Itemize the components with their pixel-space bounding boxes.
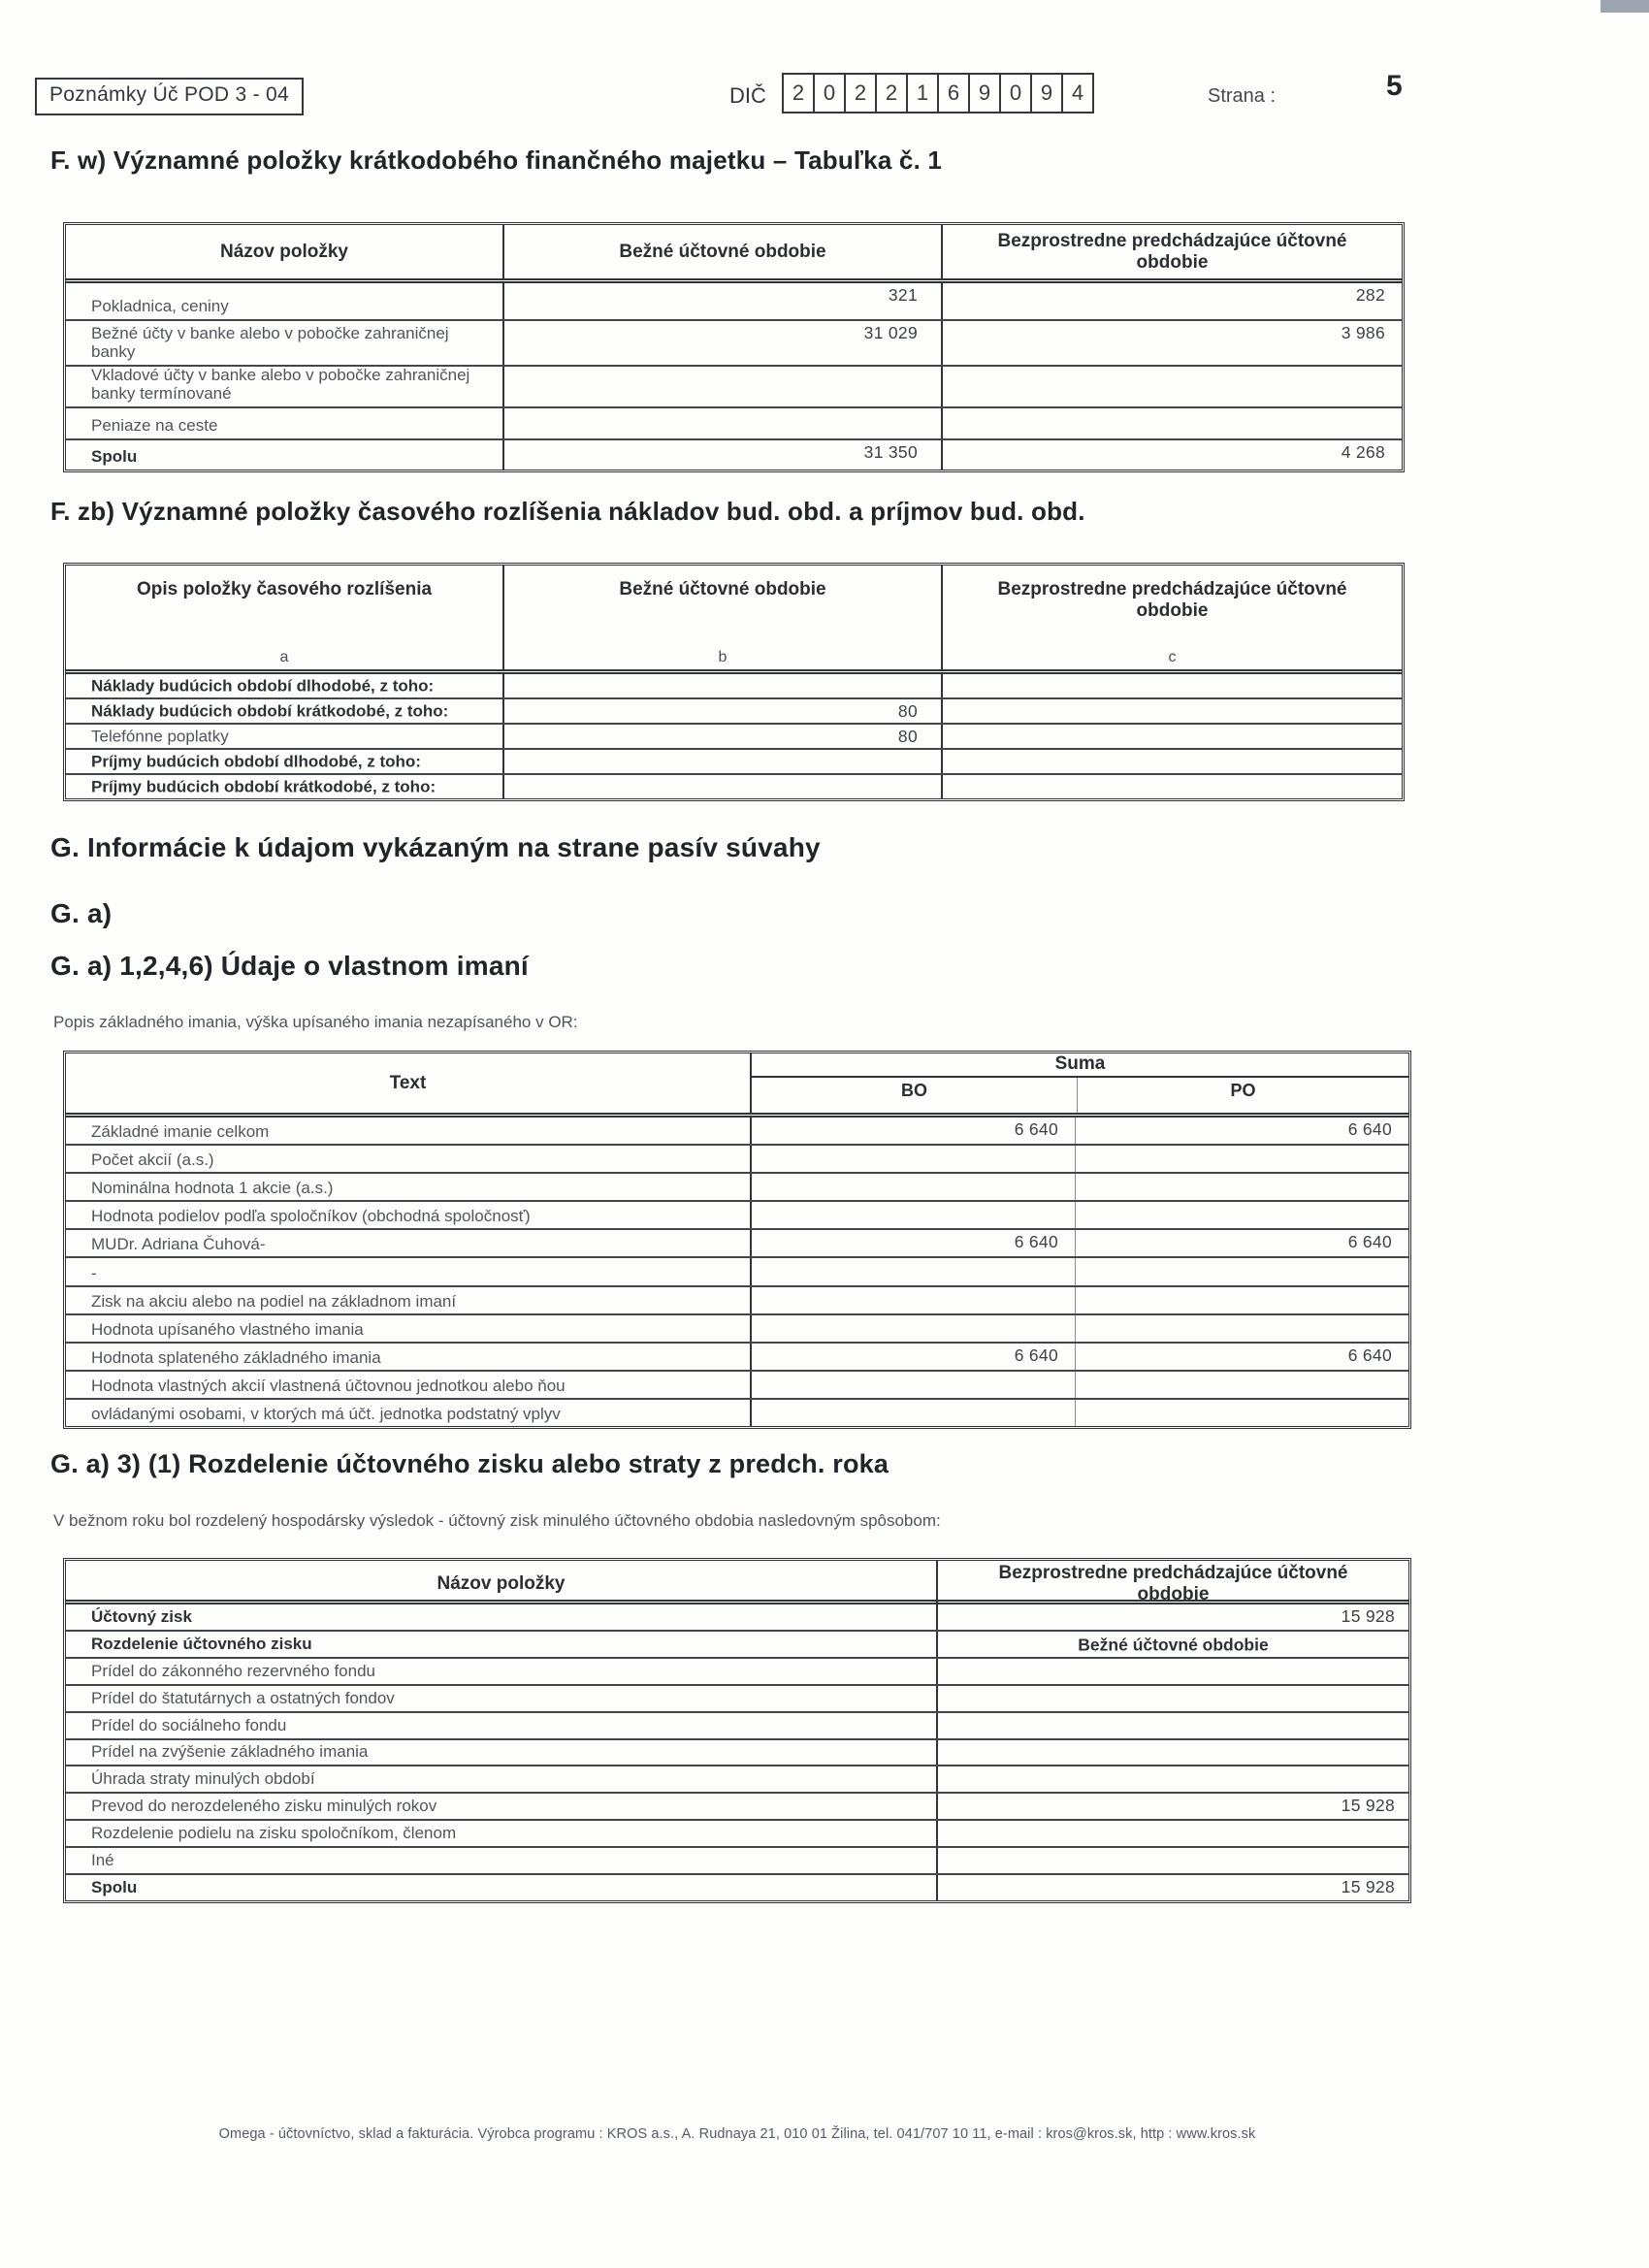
- row-label-cell: Úhrada straty minulých období: [66, 1766, 936, 1792]
- row-label-cell: Vkladové účty v banke alebo v pobočke za…: [66, 367, 502, 406]
- row-label-cell: Pokladnica, ceniny: [66, 283, 502, 319]
- previous-period-cell: [941, 408, 1402, 438]
- dic-digit-box: 0: [999, 73, 1032, 113]
- row-label-cell: Rozdelenie účtovného zisku: [66, 1632, 936, 1657]
- row-label-cell: Prídel do štatutárnych a ostatných fondo…: [66, 1686, 936, 1711]
- table-row: Prevod do nerozdeleného zisku minulých r…: [66, 1792, 1408, 1819]
- previous-period-cell: [941, 699, 1402, 723]
- column-letter: a: [280, 649, 289, 666]
- column-header: Bezprostredne predchádzajúce účtovné obd…: [936, 1561, 1408, 1607]
- previous-period-cell: [941, 674, 1402, 697]
- row-label: Príjmy budúcich období dlhodobé, z toho:: [91, 753, 421, 771]
- row-label: Náklady budúcich období krátkodobé, z to…: [91, 702, 448, 721]
- document-type-box: Poznámky Úč POD 3 - 04: [35, 78, 304, 115]
- period-value: 15 928: [1342, 1877, 1395, 1897]
- row-label-cell: -: [66, 1258, 750, 1284]
- value-cell: 15 928: [936, 1604, 1408, 1630]
- dic-digit-box: 2: [844, 73, 877, 113]
- table-row: MUDr. Adriana Čuhová-6 6406 640: [66, 1228, 1408, 1256]
- row-label: Základné imanie celkom: [91, 1122, 269, 1141]
- current-period-value: 321: [889, 285, 918, 306]
- column-header: Bežné účtovné obdobie b: [502, 566, 941, 669]
- table-row: Prídel na zvýšenie základného imania: [66, 1738, 1408, 1766]
- column-header: Názov položky: [66, 225, 502, 278]
- dic-digit-box: 9: [968, 73, 1001, 113]
- table-body: Základné imanie celkom6 6406 640Počet ak…: [66, 1118, 1408, 1426]
- row-label: -: [91, 1264, 97, 1282]
- table-header-row: Názov položky Bezprostredne predchádzajú…: [66, 1561, 1408, 1604]
- previous-period-cell: [941, 750, 1402, 773]
- table-row: Hodnota vlastných akcií vlastnená účtovn…: [66, 1370, 1408, 1398]
- table-header-row: Text Suma BO PO: [66, 1053, 1408, 1118]
- column-letter: c: [1169, 649, 1177, 666]
- bo-po-header-row: BO PO: [752, 1078, 1408, 1113]
- section-fzb-title: F. zb) Významné položky časového rozlíše…: [50, 497, 1085, 527]
- row-label: MUDr. Adriana Čuhová-: [91, 1235, 266, 1253]
- bo-cell: [750, 1174, 1075, 1200]
- bo-cell: [750, 1146, 1075, 1172]
- row-label-cell: Príjmy budúcich období dlhodobé, z toho:: [66, 750, 502, 773]
- po-cell: [1075, 1400, 1408, 1426]
- po-cell: 6 640: [1075, 1230, 1408, 1256]
- row-label: Rozdelenie podielu na zisku spoločníkom,…: [91, 1824, 456, 1842]
- table-row: Bežné účty v banke alebo v pobočke zahra…: [66, 319, 1402, 365]
- current-period-cell: 31 350: [502, 440, 941, 470]
- value-cell: [936, 1686, 1408, 1711]
- row-label-cell: Nominálna hodnota 1 akcie (a.s.): [66, 1174, 750, 1200]
- table-row: Hodnota podielov podľa spoločníkov (obch…: [66, 1200, 1408, 1228]
- current-period-cell: 31 029: [502, 321, 941, 365]
- column-header: Bezprostredne predchádzajúce účtovné obd…: [941, 566, 1402, 669]
- row-label: Telefónne poplatky: [91, 728, 229, 746]
- previous-period-cell: [941, 775, 1402, 798]
- value-cell: [936, 1740, 1408, 1766]
- table-body: Náklady budúcich období dlhodobé, z toho…: [66, 674, 1402, 798]
- value-cell: [936, 1848, 1408, 1873]
- section-ga1246-title: G. a) 1,2,4,6) Údaje o vlastnom imaní: [50, 951, 529, 982]
- table-row: Spolu15 928: [66, 1873, 1408, 1900]
- page-label: Strana :: [1208, 85, 1276, 108]
- row-label-cell: Počet akcií (a.s.): [66, 1146, 750, 1172]
- row-label-cell: Prídel do sociálneho fondu: [66, 1713, 936, 1738]
- current-period-cell: [502, 367, 941, 406]
- row-label: Počet akcií (a.s.): [91, 1150, 214, 1169]
- table-row: Hodnota splateného základného imania6 64…: [66, 1342, 1408, 1370]
- suma-header-group: Suma BO PO: [750, 1053, 1408, 1113]
- current-period-cell: 321: [502, 283, 941, 319]
- page-number: 5: [1386, 70, 1403, 103]
- row-label: Hodnota podielov podľa spoločníkov (obch…: [91, 1207, 531, 1225]
- row-label-cell: Účtovný zisk: [66, 1604, 936, 1630]
- current-period-cell: [502, 408, 941, 438]
- table-header-row: Názov položky Bežné účtovné obdobie Bezp…: [66, 225, 1402, 283]
- scan-artifact: [1600, 0, 1649, 13]
- table-row: Úhrada straty minulých období: [66, 1765, 1408, 1792]
- po-cell: [1075, 1258, 1408, 1284]
- table-row: ovládanými osobami, v ktorých má účt. je…: [66, 1398, 1408, 1426]
- table-row: -: [66, 1256, 1408, 1284]
- row-label-cell: Zisk na akciu alebo na podiel na základn…: [66, 1287, 750, 1313]
- previous-period-value: 3 986: [1342, 323, 1385, 343]
- row-label: Prídel do sociálneho fondu: [91, 1716, 286, 1734]
- po-cell: [1075, 1287, 1408, 1313]
- table-row: Rozdelenie účtovného ziskuBežné účtovné …: [66, 1630, 1408, 1657]
- po-value: 6 640: [1348, 1232, 1392, 1252]
- current-period-cell: [502, 674, 941, 697]
- table-row: Telefónne poplatky80: [66, 723, 1402, 748]
- row-label-cell: Základné imanie celkom: [66, 1118, 750, 1144]
- value-cell: [936, 1766, 1408, 1792]
- column-header: Názov položky: [66, 1561, 936, 1607]
- row-label-cell: Hodnota upísaného vlastného imania: [66, 1315, 750, 1342]
- table-row: Iné: [66, 1846, 1408, 1873]
- row-label: Zisk na akciu alebo na podiel na základn…: [91, 1292, 456, 1311]
- table-row: Príjmy budúcich období dlhodobé, z toho:: [66, 748, 1402, 773]
- dic-label: DIČ: [729, 83, 766, 109]
- profit-distribution-note: V bežnom roku bol rozdelený hospodársky …: [53, 1511, 941, 1531]
- table-row: Hodnota upísaného vlastného imania: [66, 1313, 1408, 1342]
- bo-value: 6 640: [1015, 1345, 1058, 1366]
- bo-value: 6 640: [1015, 1232, 1058, 1252]
- table-row: Prídel do sociálneho fondu: [66, 1711, 1408, 1738]
- table-row: Prídel do zákonného rezervného fondu: [66, 1657, 1408, 1684]
- po-cell: [1075, 1372, 1408, 1398]
- row-label: Hodnota splateného základného imania: [91, 1348, 381, 1367]
- bo-cell: [750, 1400, 1075, 1426]
- table-row: Počet akcií (a.s.): [66, 1144, 1408, 1172]
- bo-cell: 6 640: [750, 1230, 1075, 1256]
- row-label: Pokladnica, ceniny: [91, 297, 229, 315]
- row-label: Účtovný zisk: [91, 1607, 192, 1626]
- bo-cell: 6 640: [750, 1118, 1075, 1144]
- column-header: PO: [1077, 1078, 1408, 1113]
- table-row: Príjmy budúcich období krátkodobé, z toh…: [66, 773, 1402, 798]
- period-value: 15 928: [1342, 1606, 1395, 1627]
- previous-period-cell: 3 986: [941, 321, 1402, 365]
- table-row: Nominálna hodnota 1 akcie (a.s.): [66, 1172, 1408, 1200]
- table-row: Peniaze na ceste: [66, 406, 1402, 438]
- table-body: Pokladnica, ceniny321282Bežné účty v ban…: [66, 283, 1402, 470]
- po-cell: [1075, 1315, 1408, 1342]
- bo-value: 6 640: [1015, 1119, 1058, 1140]
- row-label-cell: Hodnota podielov podľa spoločníkov (obch…: [66, 1202, 750, 1228]
- table-row: Prídel do štatutárnych a ostatných fondo…: [66, 1684, 1408, 1711]
- previous-period-cell: [941, 725, 1402, 748]
- value-cell: [936, 1821, 1408, 1846]
- dic-digit-box: 6: [937, 73, 970, 113]
- row-label-cell: Spolu: [66, 1875, 936, 1900]
- equity-note: Popis základného imania, výška upísaného…: [53, 1013, 578, 1032]
- value-cell: [936, 1713, 1408, 1738]
- table-profit-distribution: Názov položky Bezprostredne predchádzajú…: [63, 1558, 1411, 1903]
- section-ga31-title: G. a) 3) (1) Rozdelenie účtovného zisku …: [50, 1449, 889, 1479]
- row-label: Rozdelenie účtovného zisku: [91, 1635, 312, 1653]
- table-row: Náklady budúcich období dlhodobé, z toho…: [66, 674, 1402, 697]
- bo-cell: [750, 1287, 1075, 1313]
- section-g-title: G. Informácie k údajom vykázaným na stra…: [50, 832, 821, 863]
- table-short-term-financial-assets: Názov položky Bežné účtovné obdobie Bezp…: [63, 222, 1405, 472]
- row-label-cell: Rozdelenie podielu na zisku spoločníkom,…: [66, 1821, 936, 1846]
- table-row: Účtovný zisk15 928: [66, 1604, 1408, 1630]
- current-period-value: 31 350: [864, 442, 918, 463]
- row-label-cell: Telefónne poplatky: [66, 725, 502, 748]
- table-header-row: Opis položky časového rozlíšenia a Bežné…: [66, 566, 1402, 674]
- current-period-cell: [502, 775, 941, 798]
- bo-cell: [750, 1315, 1075, 1342]
- row-label: Hodnota vlastných akcií vlastnená účtovn…: [91, 1377, 566, 1395]
- column-header: BO: [752, 1078, 1077, 1113]
- current-period-cell: 80: [502, 725, 941, 748]
- value-cell: [936, 1659, 1408, 1684]
- row-label-cell: Hodnota splateného základného imania: [66, 1344, 750, 1370]
- dic-digit-box: 9: [1030, 73, 1063, 113]
- dic-digit-box: 1: [906, 73, 939, 113]
- table-row: Vkladové účty v banke alebo v pobočke za…: [66, 365, 1402, 406]
- row-label-cell: Prídel do zákonného rezervného fondu: [66, 1659, 936, 1684]
- previous-period-cell: [941, 367, 1402, 406]
- row-label: Prídel do zákonného rezervného fondu: [91, 1662, 375, 1680]
- po-cell: 6 640: [1075, 1118, 1408, 1144]
- row-label: Spolu: [91, 447, 137, 466]
- bo-cell: [750, 1372, 1075, 1398]
- dic-digit-box: 4: [1061, 73, 1094, 113]
- column-header-label: Bezprostredne predchádzajúce účtovné obd…: [970, 579, 1374, 622]
- value-cell: 15 928: [936, 1875, 1408, 1900]
- value-cell: Bežné účtovné obdobie: [936, 1632, 1408, 1657]
- row-label: Prídel na zvýšenie základného imania: [91, 1742, 368, 1761]
- table-equity: Text Suma BO PO Základné imanie celkom6 …: [63, 1051, 1411, 1429]
- section-fw-title: F. w) Významné položky krátkodobého fina…: [50, 146, 942, 176]
- period-value: 15 928: [1342, 1796, 1395, 1816]
- current-period-cell: [502, 750, 941, 773]
- row-label: Spolu: [91, 1878, 137, 1896]
- bo-cell: [750, 1202, 1075, 1228]
- current-period-value: 31 029: [864, 323, 918, 343]
- table-row: Pokladnica, ceniny321282: [66, 283, 1402, 319]
- table-row: Rozdelenie podielu na zisku spoločníkom,…: [66, 1819, 1408, 1846]
- column-header: Opis položky časového rozlíšenia a: [66, 566, 502, 669]
- value-cell: 15 928: [936, 1794, 1408, 1819]
- row-label: Hodnota upísaného vlastného imania: [91, 1320, 364, 1339]
- table-row: Náklady budúcich období krátkodobé, z to…: [66, 697, 1402, 723]
- row-label: Prevod do nerozdeleného zisku minulých r…: [91, 1797, 436, 1815]
- table-row: Spolu31 3504 268: [66, 438, 1402, 470]
- row-label: Úhrada straty minulých období: [91, 1769, 315, 1788]
- row-label-cell: Spolu: [66, 440, 502, 470]
- dic-digit-box: 0: [813, 73, 846, 113]
- column-header: Text: [66, 1053, 750, 1113]
- section-ga-label: G. a): [50, 898, 112, 929]
- row-label: Peniaze na ceste: [91, 416, 217, 435]
- row-label-cell: MUDr. Adriana Čuhová-: [66, 1230, 750, 1256]
- current-period-subheader: Bežné účtovné obdobie: [938, 1635, 1408, 1655]
- row-label-cell: Iné: [66, 1848, 936, 1873]
- column-header: Bežné účtovné obdobie: [502, 225, 941, 278]
- software-footer: Omega - účtovníctvo, sklad a fakturácia.…: [63, 2126, 1411, 2142]
- row-label: Bežné účty v banke alebo v pobočke zahra…: [91, 324, 449, 361]
- previous-period-value: 282: [1356, 285, 1385, 306]
- column-header-label: Bežné účtovné obdobie: [619, 579, 825, 600]
- row-label-cell: Peniaze na ceste: [66, 408, 502, 438]
- row-label-cell: Bežné účty v banke alebo v pobočke zahra…: [66, 321, 502, 365]
- row-label: ovládanými osobami, v ktorých má účt. je…: [91, 1405, 561, 1423]
- table-row: Zisk na akciu alebo na podiel na základn…: [66, 1285, 1408, 1313]
- po-value: 6 640: [1348, 1119, 1392, 1140]
- document-type-label: Poznámky Úč POD 3 - 04: [49, 83, 289, 106]
- column-letter: b: [719, 649, 727, 666]
- column-header: Suma: [752, 1053, 1408, 1078]
- previous-period-cell: 4 268: [941, 440, 1402, 470]
- previous-period-cell: 282: [941, 283, 1402, 319]
- po-cell: [1075, 1146, 1408, 1172]
- table-body: Účtovný zisk15 928Rozdelenie účtovného z…: [66, 1604, 1408, 1900]
- row-label-cell: Hodnota vlastných akcií vlastnená účtovn…: [66, 1372, 750, 1398]
- po-value: 6 640: [1348, 1345, 1392, 1366]
- table-accruals: Opis položky časového rozlíšenia a Bežné…: [63, 563, 1405, 801]
- row-label: Príjmy budúcich období krátkodobé, z toh…: [91, 778, 436, 796]
- current-period-cell: 80: [502, 699, 941, 723]
- bo-cell: 6 640: [750, 1344, 1075, 1370]
- current-period-value: 80: [898, 727, 918, 747]
- scanned-document-page: Poznámky Úč POD 3 - 04 DIČ 2022169094 St…: [0, 0, 1649, 2268]
- dic-digit-box: 2: [875, 73, 908, 113]
- po-cell: 6 640: [1075, 1344, 1408, 1370]
- current-period-value: 80: [898, 701, 918, 722]
- dic-digit-box: 2: [782, 73, 815, 113]
- dic-number-boxes: 2022169094: [784, 73, 1094, 113]
- previous-period-value: 4 268: [1342, 442, 1385, 463]
- bo-cell: [750, 1258, 1075, 1284]
- row-label-cell: Prevod do nerozdeleného zisku minulých r…: [66, 1794, 936, 1819]
- row-label: Náklady budúcich období dlhodobé, z toho…: [91, 677, 434, 696]
- table-row: Základné imanie celkom6 6406 640: [66, 1118, 1408, 1144]
- row-label-cell: Príjmy budúcich období krátkodobé, z toh…: [66, 775, 502, 798]
- row-label-cell: Prídel na zvýšenie základného imania: [66, 1740, 936, 1766]
- column-header-label: Opis položky časového rozlíšenia: [137, 579, 432, 600]
- po-cell: [1075, 1174, 1408, 1200]
- column-header: Bezprostredne predchádzajúce účtovné obd…: [941, 225, 1402, 278]
- row-label: Iné: [91, 1851, 114, 1869]
- row-label-cell: ovládanými osobami, v ktorých má účt. je…: [66, 1400, 750, 1426]
- po-cell: [1075, 1202, 1408, 1228]
- row-label: Nominálna hodnota 1 akcie (a.s.): [91, 1179, 333, 1197]
- row-label-cell: Náklady budúcich období dlhodobé, z toho…: [66, 674, 502, 697]
- row-label-cell: Náklady budúcich období krátkodobé, z to…: [66, 699, 502, 723]
- row-label: Vkladové účty v banke alebo v pobočke za…: [91, 366, 469, 403]
- row-label: Prídel do štatutárnych a ostatných fondo…: [91, 1689, 395, 1707]
